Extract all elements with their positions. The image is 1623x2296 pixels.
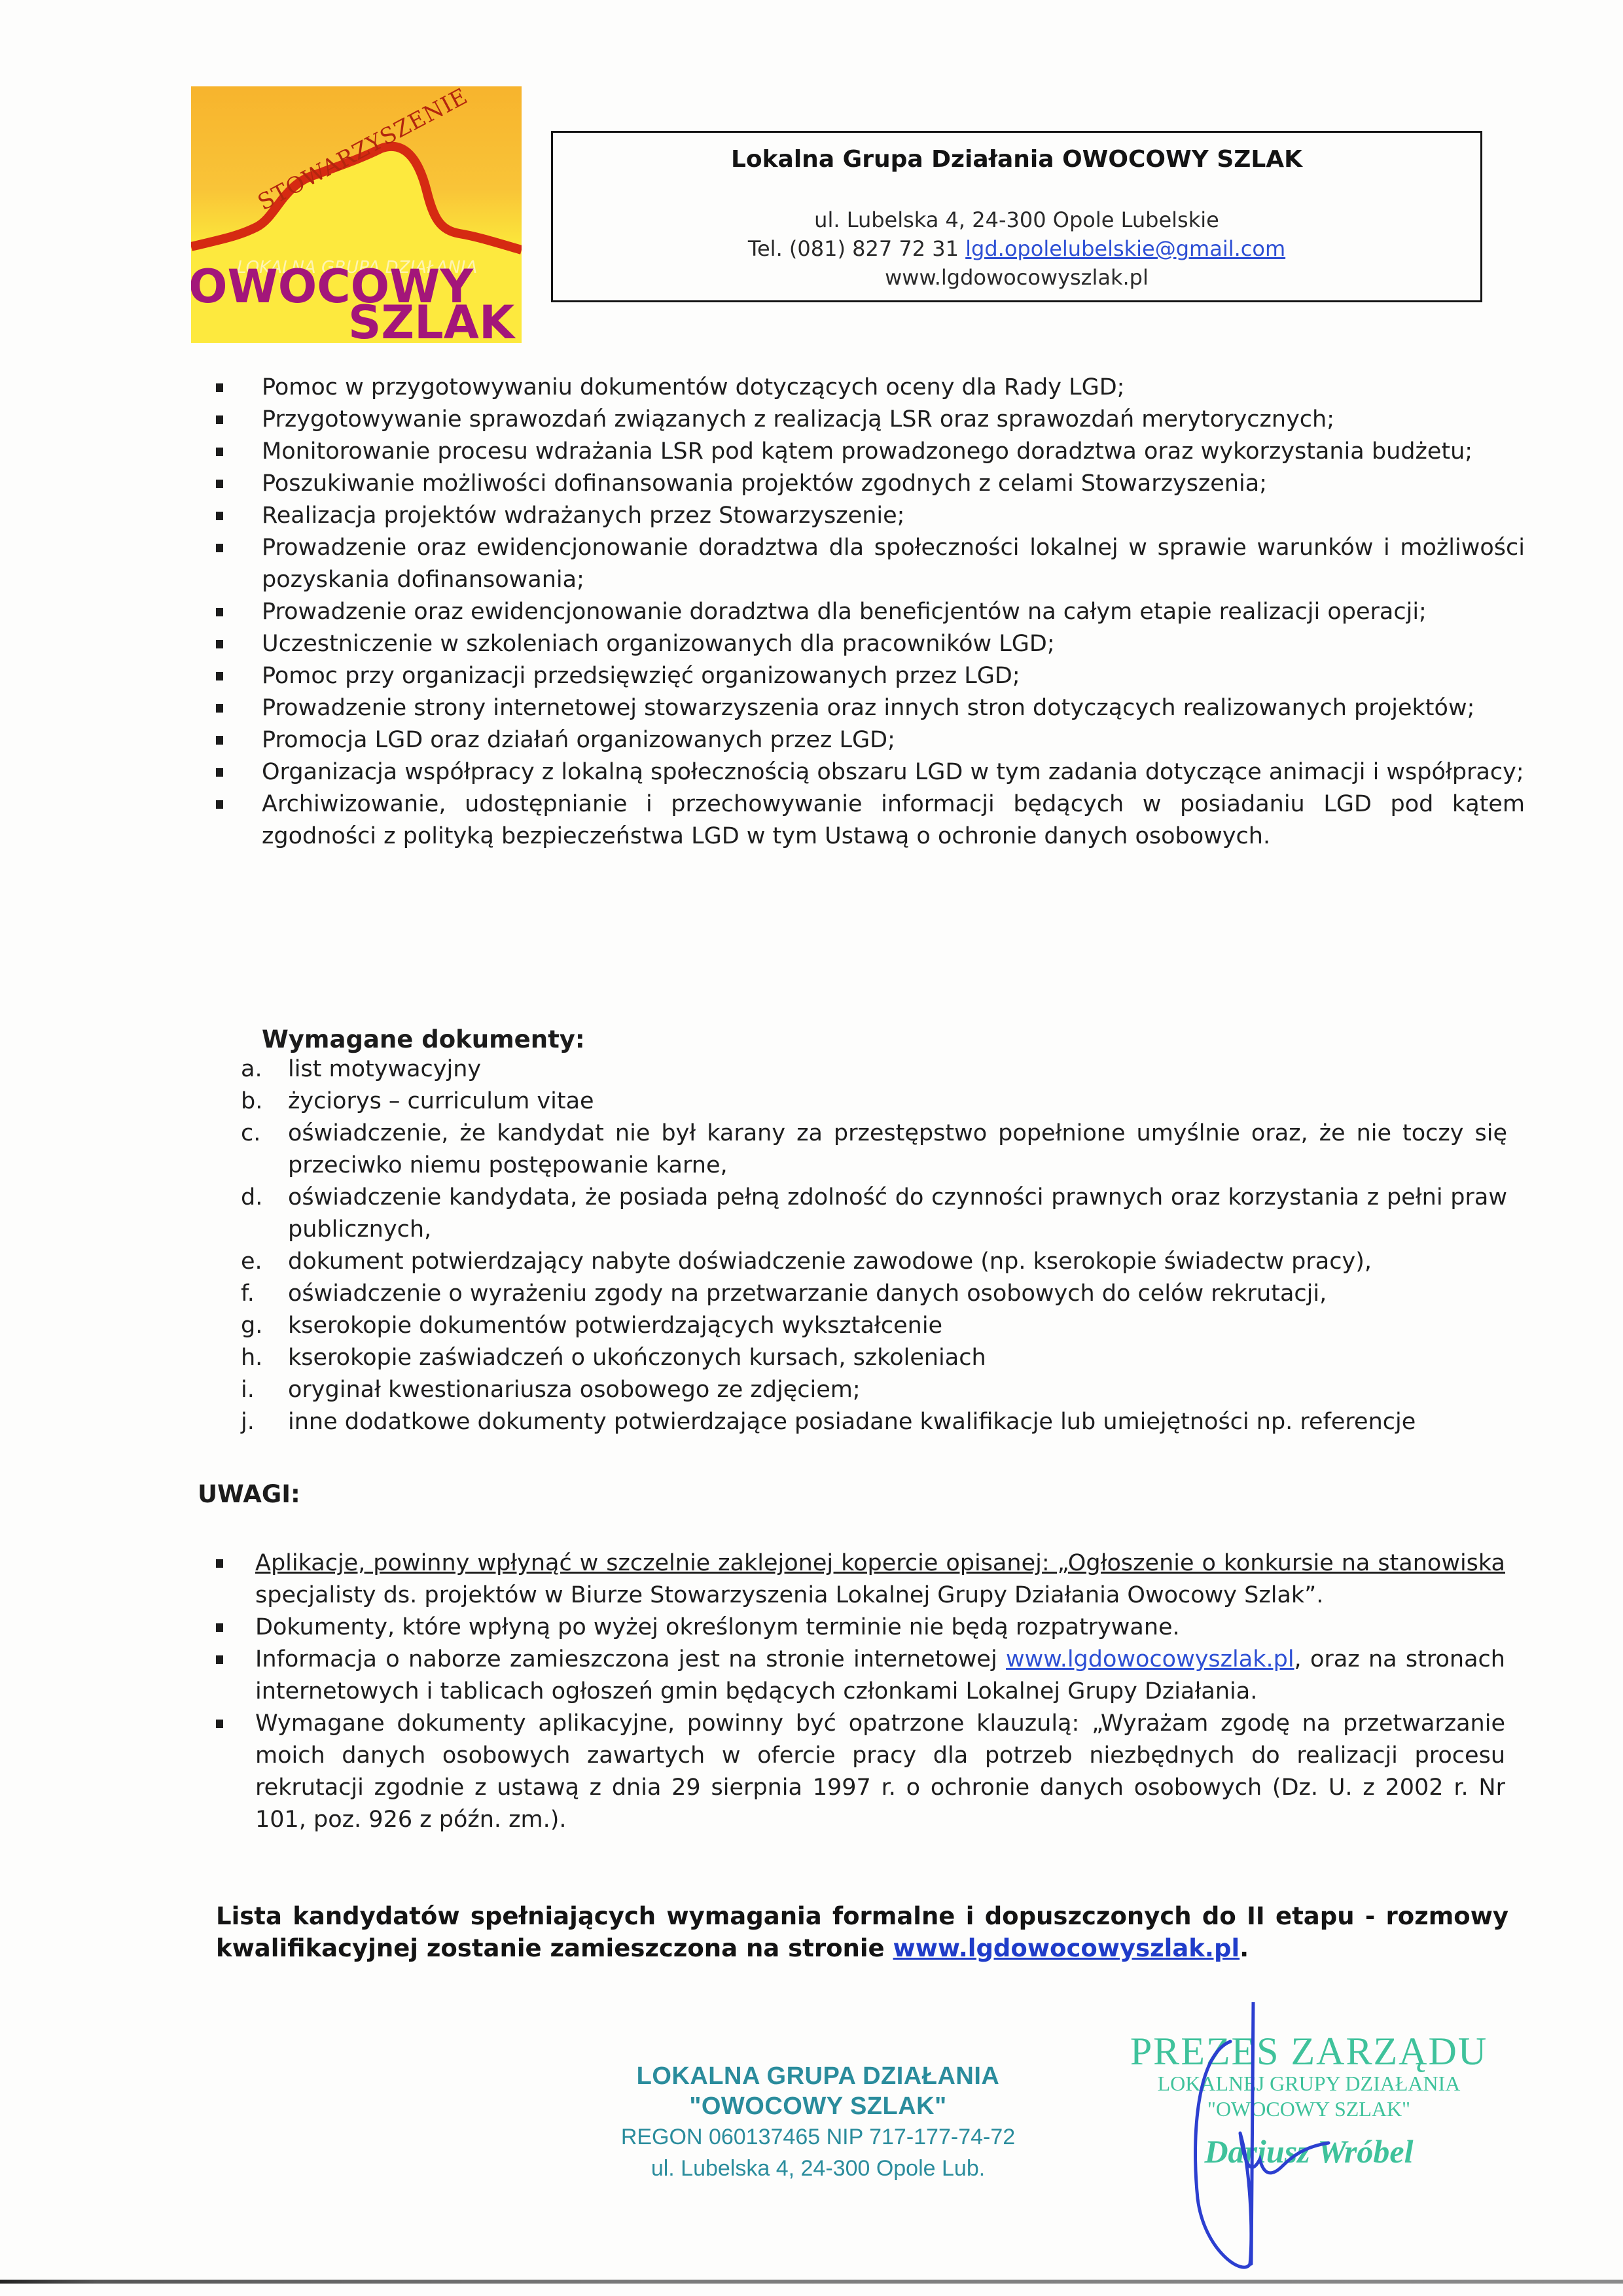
final-statement-text: Lista kandydatów spełniających wymagania… [216, 1902, 1508, 1962]
bullet-icon [216, 672, 223, 680]
required-document-item: c.oświadczenie, że kandydat nie był kara… [241, 1118, 1507, 1182]
duty-item: Promocja LGD oraz działań organizowanych… [216, 724, 1525, 756]
required-document-text: list motywacyjny [288, 1056, 481, 1082]
list-marker: h. [241, 1342, 262, 1374]
email-link[interactable]: lgd.opolelubelskie@gmail.com [965, 236, 1285, 261]
bullet-icon [216, 512, 223, 520]
required-document-text: kserokopie zaświadczeń o ukończonych kur… [288, 1345, 986, 1371]
duty-text: Pomoc przy organizacji przedsięwzięć org… [262, 663, 1020, 689]
note-text: Dokumenty, które wpłyną po wyżej określo… [255, 1614, 1180, 1640]
note-item: Dokumenty, które wpłyną po wyżej określo… [216, 1612, 1505, 1644]
stamp-line: "OWOCOWY SZLAK" [609, 2091, 1027, 2121]
required-document-text: życiorys – curriculum vitae [288, 1088, 594, 1114]
required-document-text: kserokopie dokumentów potwierdzających w… [288, 1313, 942, 1339]
duty-item: Prowadzenie oraz ewidencjonowanie doradz… [216, 532, 1525, 596]
contact-line: Tel. (081) 827 72 31 lgd.opolelubelskie@… [553, 234, 1480, 263]
required-document-text: oświadczenie o wyrażeniu zgody na przetw… [288, 1280, 1327, 1307]
required-document-item: g.kserokopie dokumentów potwierdzających… [241, 1310, 1507, 1342]
logo-graphic: STOWARZYSZENIE LOKALNA GRUPA DZIAŁANIA O… [191, 86, 522, 343]
list-marker: a. [241, 1053, 262, 1086]
duty-item: Archiwizowanie, udostępnianie i przechow… [216, 788, 1525, 853]
duty-item: Pomoc w przygotowywaniu dokumentów dotyc… [216, 372, 1525, 404]
notes-heading: UWAGI: [198, 1480, 300, 1508]
final-website-link[interactable]: www.lgdowocowyszlak.pl [893, 1934, 1240, 1962]
duty-text: Organizacja współpracy z lokalną społecz… [262, 759, 1524, 785]
list-marker: g. [241, 1310, 262, 1342]
required-document-item: h.kserokopie zaświadczeń o ukończonych k… [241, 1342, 1507, 1374]
bullet-icon [216, 383, 223, 392]
required-document-item: e.dokument potwierdzający nabyte doświad… [241, 1246, 1507, 1278]
notes-list: Aplikacje, powinny wpłynąć w szczelnie z… [216, 1547, 1505, 1836]
note-underlined-text: Aplikacje, powinny wpłynąć w szczelnie z… [255, 1550, 1505, 1576]
list-marker: b. [241, 1086, 262, 1118]
duty-item: Monitorowanie procesu wdrażania LSR pod … [216, 436, 1525, 468]
letterhead-box: Lokalna Grupa Działania OWOCOWY SZLAK ul… [551, 131, 1482, 302]
list-marker: e. [241, 1246, 262, 1278]
duty-item: Uczestniczenie w szkoleniach organizowan… [216, 628, 1525, 660]
note-text: Wymagane dokumenty aplikacyjne, powinny … [255, 1710, 1505, 1833]
list-marker: j. [241, 1406, 255, 1438]
note-item: Aplikacje, powinny wpłynąć w szczelnie z… [216, 1547, 1505, 1612]
note-item: Wymagane dokumenty aplikacyjne, powinny … [216, 1708, 1505, 1836]
bullet-icon [216, 640, 223, 648]
duty-text: Uczestniczenie w szkoleniach organizowan… [262, 631, 1055, 657]
organization-logo: STOWARZYSZENIE LOKALNA GRUPA DZIAŁANIA O… [191, 86, 522, 343]
handwritten-signature [1178, 2002, 1387, 2277]
stamp-address: ul. Lubelska 4, 24-300 Opole Lub. [609, 2153, 1027, 2184]
bullet-icon [216, 736, 223, 745]
duty-text: Prowadzenie oraz ewidencjonowanie doradz… [262, 599, 1427, 625]
list-marker: i. [241, 1374, 255, 1406]
required-document-item: a.list motywacyjny [241, 1053, 1507, 1086]
required-document-item: i.oryginał kwestionariusza osobowego ze … [241, 1374, 1507, 1406]
note-text: specjalisty ds. projektów w Biurze Stowa… [255, 1582, 1323, 1608]
required-documents-heading: Wymagane dokumenty: [262, 1025, 585, 1053]
organization-name: Lokalna Grupa Działania OWOCOWY SZLAK [553, 146, 1480, 173]
required-document-text: inne dodatkowe dokumenty potwierdzające … [288, 1409, 1416, 1435]
required-document-item: b.życiorys – curriculum vitae [241, 1086, 1507, 1118]
required-document-item: j.inne dodatkowe dokumenty potwierdzając… [241, 1406, 1507, 1438]
duty-text: Prowadzenie oraz ewidencjonowanie doradz… [262, 535, 1525, 593]
organization-stamp: LOKALNA GRUPA DZIAŁANIA "OWOCOWY SZLAK" … [609, 2061, 1027, 2184]
bullet-icon [216, 704, 223, 713]
list-marker: d. [241, 1182, 262, 1214]
bullet-icon [216, 480, 223, 488]
bullet-icon [216, 544, 223, 552]
duties-list: Pomoc w przygotowywaniu dokumentów dotyc… [216, 372, 1525, 853]
duty-text: Przygotowywanie sprawozdań związanych z … [262, 406, 1334, 433]
bullet-icon [216, 1655, 223, 1664]
bullet-icon [216, 1559, 223, 1568]
duty-text: Monitorowanie procesu wdrażania LSR pod … [262, 438, 1472, 465]
bullet-icon [216, 1720, 223, 1728]
duty-item: Organizacja współpracy z lokalną społecz… [216, 756, 1525, 788]
required-document-text: dokument potwierdzający nabyte doświadcz… [288, 1248, 1372, 1275]
final-statement-end: . [1240, 1934, 1249, 1962]
required-document-text: oświadczenie, że kandydat nie był karany… [288, 1120, 1507, 1178]
duty-text: Archiwizowanie, udostępnianie i przechow… [262, 791, 1525, 849]
duty-text: Poszukiwanie możliwości dofinansowania p… [262, 470, 1267, 497]
organization-address: ul. Lubelska 4, 24-300 Opole Lubelskie [553, 205, 1480, 234]
bullet-icon [216, 800, 223, 809]
note-text: Informacja o naborze zamieszczona jest n… [255, 1646, 1006, 1672]
scan-edge [0, 2280, 1623, 2284]
duty-item: Realizacja projektów wdrażanych przez St… [216, 500, 1525, 532]
duty-text: Pomoc w przygotowywaniu dokumentów dotyc… [262, 374, 1124, 400]
duty-item: Prowadzenie oraz ewidencjonowanie doradz… [216, 596, 1525, 628]
bullet-icon [216, 415, 223, 424]
website-text: www.lgdowocowyszlak.pl [553, 263, 1480, 292]
phone-number: Tel. (081) 827 72 31 [748, 236, 959, 261]
required-document-text: oryginał kwestionariusza osobowego ze zd… [288, 1377, 861, 1403]
required-documents-list: a.list motywacyjnyb.życiorys – curriculu… [241, 1053, 1507, 1438]
list-marker: f. [241, 1278, 255, 1310]
duty-item: Prowadzenie strony internetowej stowarzy… [216, 692, 1525, 724]
duty-text: Promocja LGD oraz działań organizowanych… [262, 727, 895, 753]
list-marker: c. [241, 1118, 260, 1150]
duty-item: Pomoc przy organizacji przedsięwzięć org… [216, 660, 1525, 692]
bullet-icon [216, 1623, 223, 1632]
required-document-text: oświadczenie kandydata, że posiada pełną… [288, 1184, 1507, 1243]
logo-szlak-text: SZLAK [348, 296, 516, 343]
duty-text: Prowadzenie strony internetowej stowarzy… [262, 695, 1474, 721]
final-statement: Lista kandydatów spełniających wymagania… [216, 1900, 1508, 1964]
required-document-item: f.oświadczenie o wyrażeniu zgody na prze… [241, 1278, 1507, 1310]
website-link[interactable]: www.lgdowocowyszlak.pl [1006, 1646, 1294, 1672]
duty-text: Realizacja projektów wdrażanych przez St… [262, 503, 904, 529]
stamp-registration: REGON 060137465 NIP 717-177-74-72 [609, 2121, 1027, 2153]
bullet-icon [216, 448, 223, 456]
stamp-line: LOKALNA GRUPA DZIAŁANIA [609, 2061, 1027, 2091]
required-document-item: d.oświadczenie kandydata, że posiada peł… [241, 1182, 1507, 1246]
bullet-icon [216, 608, 223, 616]
bullet-icon [216, 768, 223, 777]
note-item: Informacja o naborze zamieszczona jest n… [216, 1644, 1505, 1708]
duty-item: Poszukiwanie możliwości dofinansowania p… [216, 468, 1525, 500]
duty-item: Przygotowywanie sprawozdań związanych z … [216, 404, 1525, 436]
